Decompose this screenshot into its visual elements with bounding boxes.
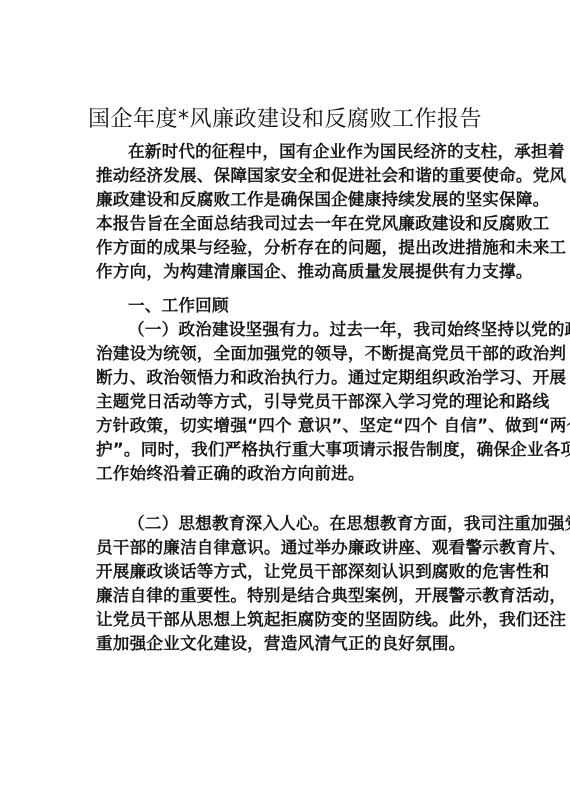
paragraph-line: 作方面的成果与经验，分析存在的问题，提出改进措施和未来工: [96, 236, 496, 260]
section-heading: 一、工作回顾: [128, 294, 528, 318]
paragraph-line: 让党员干部从思想上筑起拒腐防变的坚固防线。此外，我们还注: [96, 608, 496, 632]
paragraph-line: 员干部的廉洁自律意识。通过举办廉政讲座、观看警示教育片、: [96, 536, 496, 560]
paragraph-line: 廉政建设和反腐败工作是确保国企健康持续发展的坚实保障。: [96, 188, 496, 212]
paragraph-line: 工作始终沿着正确的政治方向前进。: [96, 462, 496, 486]
paragraph-line: （二）思想教育深入人心。在思想教育方面，我司注重加强党: [128, 512, 528, 536]
paragraph-line: 方针政策，切实增强“四个 意识”、坚定“四个 自信”、做到“两个 维: [96, 414, 496, 438]
document-page: 国企年度*风廉政建设和反腐败工作报告 在新时代的征程中，国有企业作为国民经济的支…: [0, 0, 570, 807]
paragraph-line: 重加强企业文化建设，营造风清气正的良好氛围。: [96, 632, 496, 656]
paragraph-line: 开展廉政谈话等方式，让党员干部深刻认识到腐败的危害性和: [96, 560, 496, 584]
paragraph-line: 护”。同时，我们严格执行重大事项请示报告制度，确保企业各项: [96, 438, 496, 462]
paragraph-line: 推动经济发展、保障国家安全和促进社会和谐的重要使命。党风: [96, 164, 496, 188]
paragraph-line: 主题党日活动等方式，引导党员干部深入学习党的理论和路线: [96, 390, 496, 414]
paragraph-line: 在新时代的征程中，国有企业作为国民经济的支柱，承担着: [128, 140, 528, 164]
document-title: 国企年度*风廉政建设和反腐败工作报告: [0, 106, 570, 134]
paragraph-line: 廉洁自律的重要性。特别是结合典型案例，开展警示教育活动，: [96, 584, 496, 608]
paragraph-line: 治建设为统领，全面加强党的领导，不断提高党员干部的政治判: [96, 342, 496, 366]
paragraph-line: 断力、政治领悟力和政治执行力。通过定期组织政治学习、开展: [96, 366, 496, 390]
paragraph-line: 本报告旨在全面总结我司过去一年在党风廉政建设和反腐败工: [96, 212, 496, 236]
paragraph-line: 作方向，为构建清廉国企、推动高质量发展提供有力支撑。: [96, 260, 496, 284]
paragraph-line: （一）政治建设坚强有力。过去一年，我司始终坚持以党的政: [128, 318, 528, 342]
